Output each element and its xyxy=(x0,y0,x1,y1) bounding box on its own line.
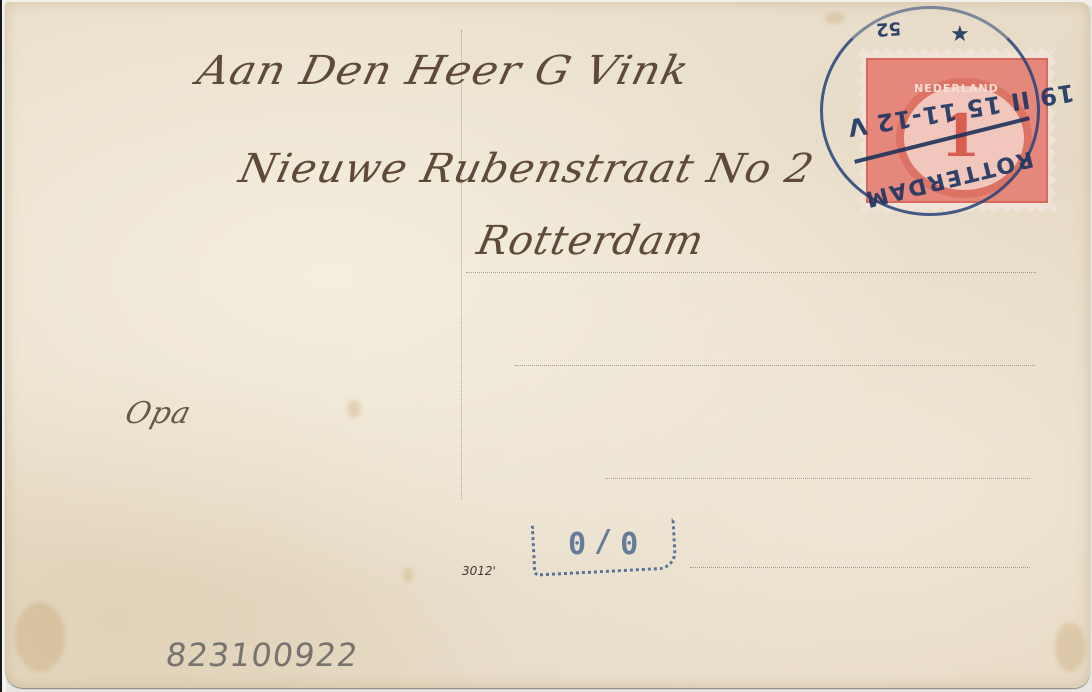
foxing-stain xyxy=(15,602,65,672)
foxing-stain xyxy=(403,568,413,582)
card-divider-line xyxy=(461,30,462,500)
recipient-city: Rotterdam xyxy=(473,218,708,264)
recipient-name: Aan Den Heer G Vink xyxy=(193,48,694,94)
recipient-street: Nieuwe Rubenstraat No 2 xyxy=(235,146,818,192)
address-line-2 xyxy=(515,365,1035,366)
foxing-stain xyxy=(1055,622,1085,672)
address-line-1 xyxy=(466,272,1036,273)
foxing-stain xyxy=(347,400,361,418)
foxing-stain xyxy=(825,12,845,24)
box-cancel-text: 0/0 xyxy=(560,524,638,559)
printer-number: 3012' xyxy=(462,564,496,578)
address-line-4 xyxy=(690,567,1030,568)
address-line-3 xyxy=(605,478,1030,479)
postmark-star-icon: ★ xyxy=(950,22,970,47)
box-cancel-mark: 0/0 xyxy=(530,522,672,574)
sender-signature: Opa xyxy=(121,396,195,431)
catalog-number: 823100922 xyxy=(163,636,361,674)
postmark-number: 52 xyxy=(875,17,901,40)
